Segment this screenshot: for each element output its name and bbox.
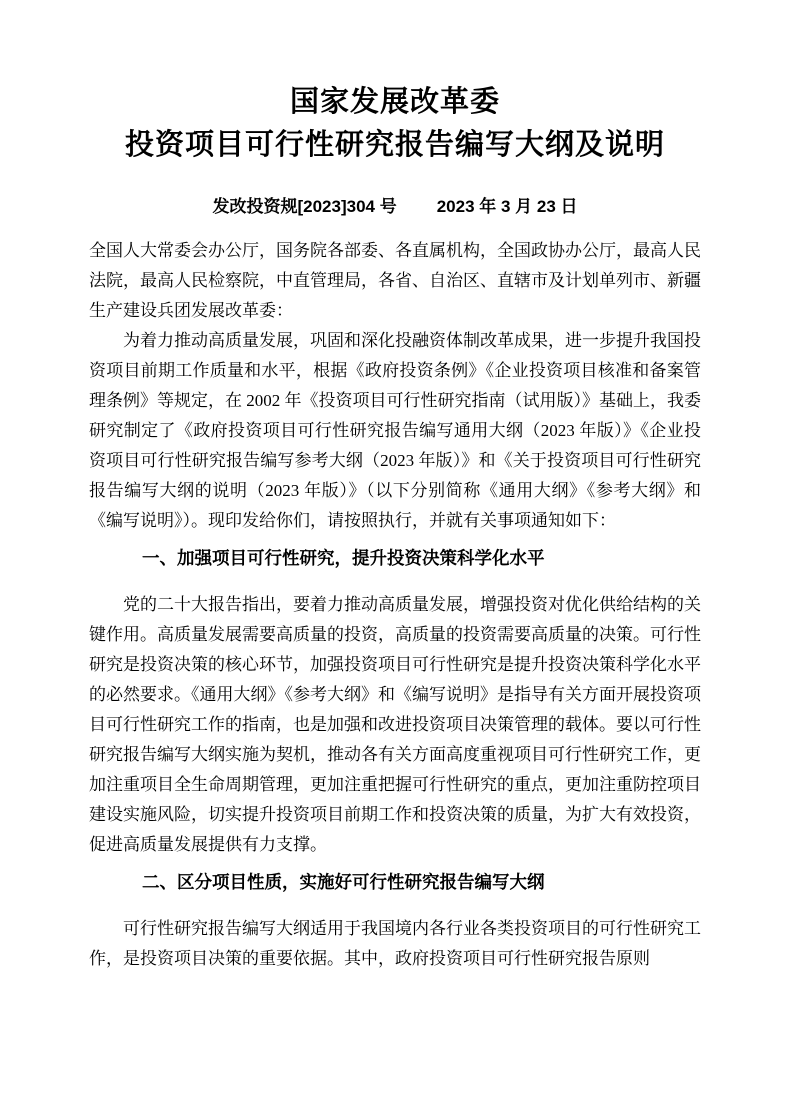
document-meta-line: 发改投资规[2023]304 号2023 年 3 月 23 日 bbox=[89, 192, 701, 222]
document-date: 2023 年 3 月 23 日 bbox=[437, 192, 578, 222]
document-number: 发改投资规[2023]304 号 bbox=[212, 197, 396, 216]
section-2-paragraph: 可行性研究报告编写大纲适用于我国境内各行业各类投资项目的可行性研究工作，是投资项… bbox=[89, 914, 701, 974]
document-title: 国家发展改革委 投资项目可行性研究报告编写大纲及说明 bbox=[89, 81, 701, 167]
section-1-heading: 一、加强项目可行性研究，提升投资决策科学化水平 bbox=[89, 543, 701, 573]
salutation-paragraph: 全国人大常委会办公厅，国务院各部委、各直属机构，全国政协办公厅，最高人民法院，最… bbox=[89, 236, 701, 326]
document-body: 全国人大常委会办公厅，国务院各部委、各直属机构，全国政协办公厅，最高人民法院，最… bbox=[89, 236, 701, 974]
section-2-heading: 二、区分项目性质，实施好可行性研究报告编写大纲 bbox=[89, 867, 701, 897]
document-title-line2: 投资项目可行性研究报告编写大纲及说明 bbox=[89, 124, 701, 167]
document-page: 国家发展改革委 投资项目可行性研究报告编写大纲及说明 发改投资规[2023]30… bbox=[0, 0, 794, 1108]
intro-paragraph: 为着力推动高质量发展，巩固和深化投融资体制改革成果，进一步提升我国投资项目前期工… bbox=[89, 326, 701, 536]
section-1-paragraph: 党的二十大报告指出，要着力推动高质量发展，增强投资对优化供给结构的关键作用。高质… bbox=[89, 590, 701, 860]
document-title-line1: 国家发展改革委 bbox=[89, 81, 701, 124]
